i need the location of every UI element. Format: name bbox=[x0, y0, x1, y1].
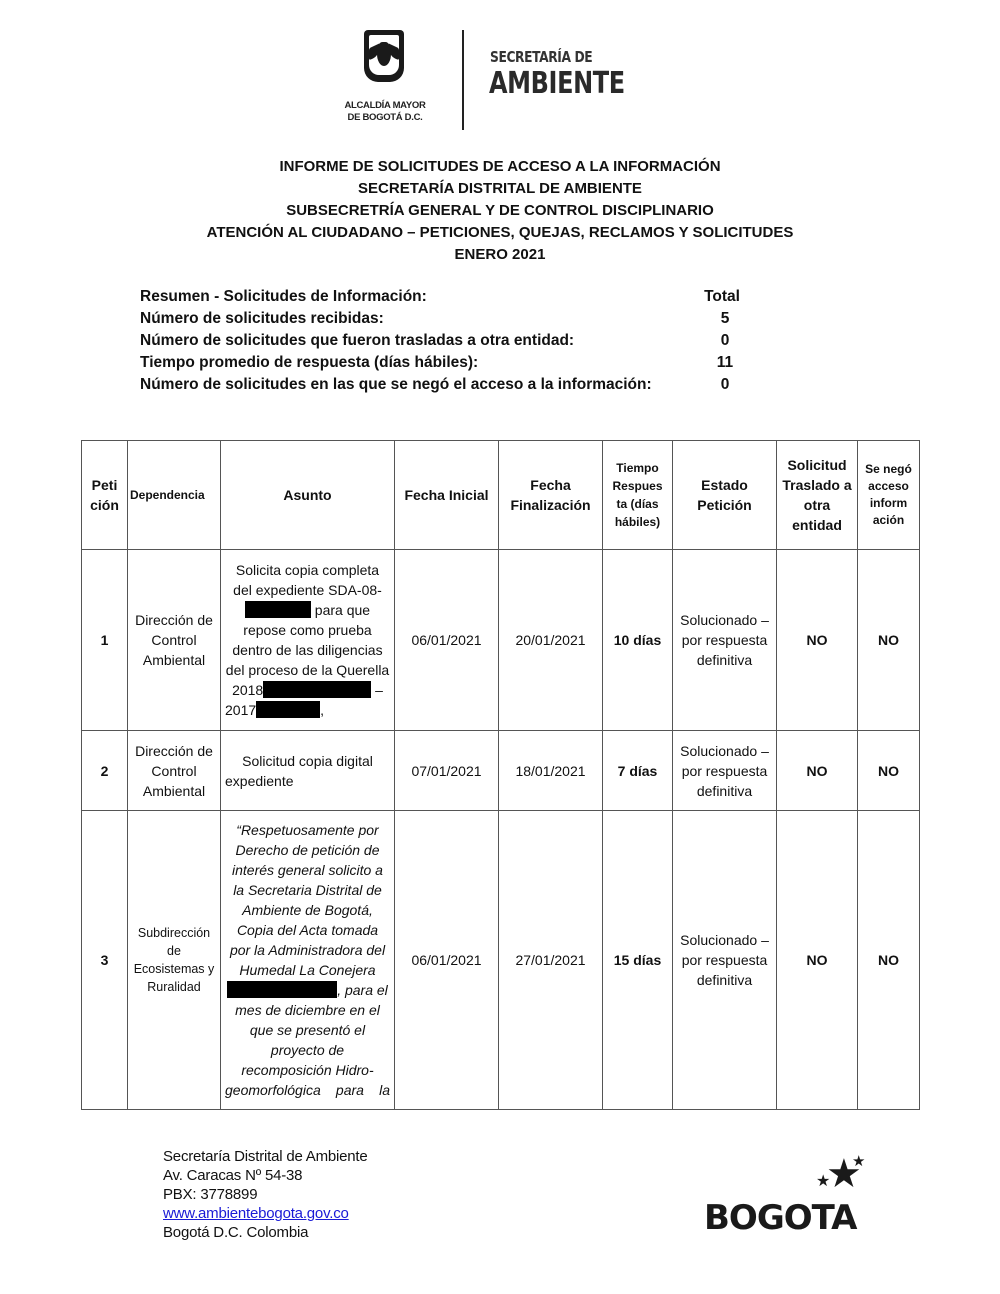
redaction-block bbox=[227, 981, 337, 998]
cell-fecha-inicial: 06/01/2021 bbox=[395, 811, 499, 1110]
report-period: ENERO 2021 bbox=[0, 244, 1000, 266]
summary-transferred: Número de solicitudes que fueron traslad… bbox=[140, 330, 760, 352]
header-peticion: Peti ción bbox=[82, 441, 128, 550]
cell-estado: Solucionado – por respuesta definitiva bbox=[673, 550, 777, 731]
header-estado: Estado Petición bbox=[673, 441, 777, 550]
report-subsecretaria: SUBSECRETRÍA GENERAL Y DE CONTROL DISCIP… bbox=[0, 200, 1000, 222]
summary-block: Resumen - Solicitudes de Información: To… bbox=[140, 286, 760, 396]
cell-dependencia: Dirección de Control Ambiental bbox=[128, 731, 221, 811]
redaction-block bbox=[256, 701, 320, 718]
cell-estado: Solucionado – por respuesta definitiva bbox=[673, 811, 777, 1110]
table-row: 2 Dirección de Control Ambiental Solicit… bbox=[82, 731, 920, 811]
cell-fecha-finalizacion: 18/01/2021 bbox=[499, 731, 603, 811]
header-traslado: Solicitud Traslado a otra entidad bbox=[777, 441, 858, 550]
cell-peticion: 1 bbox=[82, 550, 128, 731]
cell-fecha-inicial: 07/01/2021 bbox=[395, 731, 499, 811]
footer-phone: PBX: 3778899 bbox=[163, 1185, 368, 1204]
cell-peticion: 3 bbox=[82, 811, 128, 1110]
footer-city: Bogotá D.C. Colombia bbox=[163, 1223, 368, 1242]
alcaldia-label: ALCALDÍA MAYOR DE BOGOTÁ D.C. bbox=[340, 100, 430, 124]
bogota-logo: ★ ★ ★ BOGOTA bbox=[704, 1160, 874, 1245]
report-area: ATENCIÓN AL CIUDADANO – PETICIONES, QUEJ… bbox=[0, 222, 1000, 244]
summary-denied: Número de solicitudes en las que se negó… bbox=[140, 374, 760, 396]
report-title-block: INFORME DE SOLICITUDES DE ACCESO A LA IN… bbox=[0, 156, 1000, 266]
footer-entity: Secretaría Distrital de Ambiente bbox=[163, 1147, 368, 1166]
table-header-row: Peti ción Dependencia Asunto Fecha Inici… bbox=[82, 441, 920, 550]
header-fecha-finalizacion: Fecha Finalización bbox=[499, 441, 603, 550]
logo-ambiente: AMBIENTE bbox=[489, 66, 625, 101]
requests-table: Peti ción Dependencia Asunto Fecha Inici… bbox=[81, 440, 920, 1110]
cell-nego: NO bbox=[858, 811, 920, 1110]
footer-address: Secretaría Distrital de Ambiente Av. Car… bbox=[163, 1147, 368, 1242]
report-entity: SECRETARÍA DISTRITAL DE AMBIENTE bbox=[0, 178, 1000, 200]
cell-fecha-finalizacion: 27/01/2021 bbox=[499, 811, 603, 1110]
footer-website-link[interactable]: www.ambientebogota.gov.co bbox=[163, 1205, 349, 1222]
star-icon: ★ bbox=[852, 1154, 865, 1169]
cell-peticion: 2 bbox=[82, 731, 128, 811]
header-fecha-inicial: Fecha Inicial bbox=[395, 441, 499, 550]
cell-tiempo: 15 días bbox=[603, 811, 673, 1110]
logo-divider bbox=[462, 30, 464, 130]
redaction-block bbox=[245, 601, 311, 618]
table-row: 1 Dirección de Control Ambiental Solicit… bbox=[82, 550, 920, 731]
redaction-block bbox=[263, 681, 371, 698]
cell-dependencia: Dirección de Control Ambiental bbox=[128, 550, 221, 731]
header-dependencia: Dependencia bbox=[128, 441, 221, 550]
cell-estado: Solucionado – por respuesta definitiva bbox=[673, 731, 777, 811]
summary-header: Resumen - Solicitudes de Información: To… bbox=[140, 286, 760, 308]
cell-tiempo: 10 días bbox=[603, 550, 673, 731]
cell-tiempo: 7 días bbox=[603, 731, 673, 811]
logo-secretaria-de: SECRETARÍA DE bbox=[490, 48, 592, 66]
footer-street: Av. Caracas Nº 54-38 bbox=[163, 1166, 368, 1185]
secretaria-ambiente-logo: ALCALDÍA MAYOR DE BOGOTÁ D.C. SECRETARÍA… bbox=[340, 28, 640, 134]
cell-fecha-inicial: 06/01/2021 bbox=[395, 550, 499, 731]
report-title: INFORME DE SOLICITUDES DE ACCESO A LA IN… bbox=[0, 156, 1000, 178]
cell-traslado: NO bbox=[777, 731, 858, 811]
header-nego-acceso: Se negó acceso inform ación bbox=[858, 441, 920, 550]
table-row: 3 Subdirección de Ecosistemas y Ruralida… bbox=[82, 811, 920, 1110]
bogota-logo-text: BOGOTA bbox=[704, 1198, 857, 1238]
summary-avg-time: Tiempo promedio de respuesta (días hábil… bbox=[140, 352, 760, 374]
cell-nego: NO bbox=[858, 731, 920, 811]
cell-fecha-finalizacion: 20/01/2021 bbox=[499, 550, 603, 731]
header-asunto: Asunto bbox=[221, 441, 395, 550]
cell-traslado: NO bbox=[777, 811, 858, 1110]
cell-asunto: “Respetuosamente por Derecho de petición… bbox=[221, 811, 395, 1110]
header-tiempo-respuesta: Tiempo Respues ta (días hábiles) bbox=[603, 441, 673, 550]
cell-dependencia: Subdirección de Ecosistemas y Ruralidad bbox=[128, 811, 221, 1110]
cell-nego: NO bbox=[858, 550, 920, 731]
summary-received: Número de solicitudes recibidas: 5 bbox=[140, 308, 760, 330]
cell-asunto: Solicitud copia digital expediente bbox=[221, 731, 395, 811]
cell-traslado: NO bbox=[777, 550, 858, 731]
bogota-coat-of-arms-icon bbox=[364, 30, 404, 82]
cell-asunto: Solicita copia completa del expediente S… bbox=[221, 550, 395, 731]
